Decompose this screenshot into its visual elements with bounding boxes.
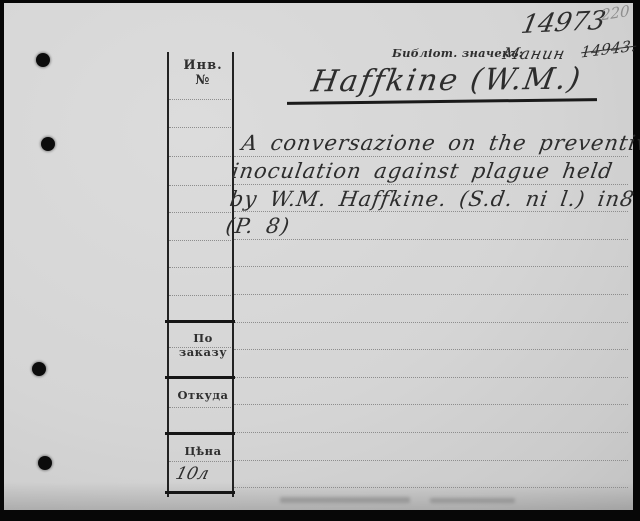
origin-label: Откуда <box>169 388 237 402</box>
punch-hole <box>32 362 46 376</box>
body-line: inoculation against plague held <box>230 159 615 183</box>
column-right-rule <box>232 52 234 497</box>
price-label: Цѣна <box>169 444 237 458</box>
column-dotted-rule <box>169 156 231 157</box>
column-section-rule <box>165 376 235 379</box>
column-dotted-rule <box>169 99 231 100</box>
punch-hole <box>38 456 52 470</box>
body-line: A conversazione on the preventive <box>240 131 640 155</box>
column-dotted-rule <box>169 407 231 408</box>
inventory-label-line2: № <box>169 73 237 88</box>
main-dotted-rule <box>234 322 628 323</box>
column-section-rule <box>165 491 235 494</box>
main-dotted-rule <box>234 294 628 295</box>
card-paper: Инв. № По заказу Откуда Цѣна 10л 14973 2… <box>4 3 633 510</box>
column-dotted-rule <box>169 212 231 213</box>
main-dotted-rule <box>234 460 628 461</box>
main-dotted-rule <box>234 156 628 157</box>
inventory-label-line1: Инв. <box>169 58 237 73</box>
main-dotted-rule <box>234 432 628 433</box>
body-line: (P. 8) <box>224 214 292 238</box>
column-dotted-rule <box>169 295 231 296</box>
column-dotted-rule <box>169 185 231 186</box>
page-number: 220 <box>601 2 630 25</box>
main-dotted-rule <box>234 377 628 378</box>
main-dotted-rule <box>234 404 628 405</box>
column-left-rule <box>167 52 169 497</box>
punch-hole <box>41 137 55 151</box>
punch-hole <box>36 53 50 67</box>
column-section-rule <box>165 320 235 323</box>
accession-number: 14973 <box>519 6 609 40</box>
order-label: По заказу <box>169 331 237 359</box>
inventory-number-header: Инв. № <box>169 58 237 88</box>
body-line: by W.M. Haffkine. (S.d. ni l.) in8 <box>228 187 636 211</box>
column-dotted-rule <box>169 240 231 241</box>
card-title: Haffkine (W.M.) <box>309 62 585 100</box>
main-dotted-rule <box>234 239 628 240</box>
library-mark-value: Манин <box>501 44 567 63</box>
main-dotted-rule <box>234 349 628 350</box>
column-dotted-rule <box>169 461 231 462</box>
column-dotted-rule <box>169 347 231 348</box>
scanned-catalog-card: Инв. № По заказу Откуда Цѣна 10л 14973 2… <box>0 0 640 521</box>
crossed-out-number: 14943. <box>580 36 637 61</box>
main-dotted-rule <box>234 487 628 488</box>
main-dotted-rule <box>234 184 628 185</box>
column-dotted-rule <box>169 127 231 128</box>
price-value: 10л <box>174 464 211 484</box>
column-dotted-rule <box>169 267 231 268</box>
main-dotted-rule <box>234 211 628 212</box>
main-dotted-rule <box>234 266 628 267</box>
column-section-rule <box>165 432 235 435</box>
